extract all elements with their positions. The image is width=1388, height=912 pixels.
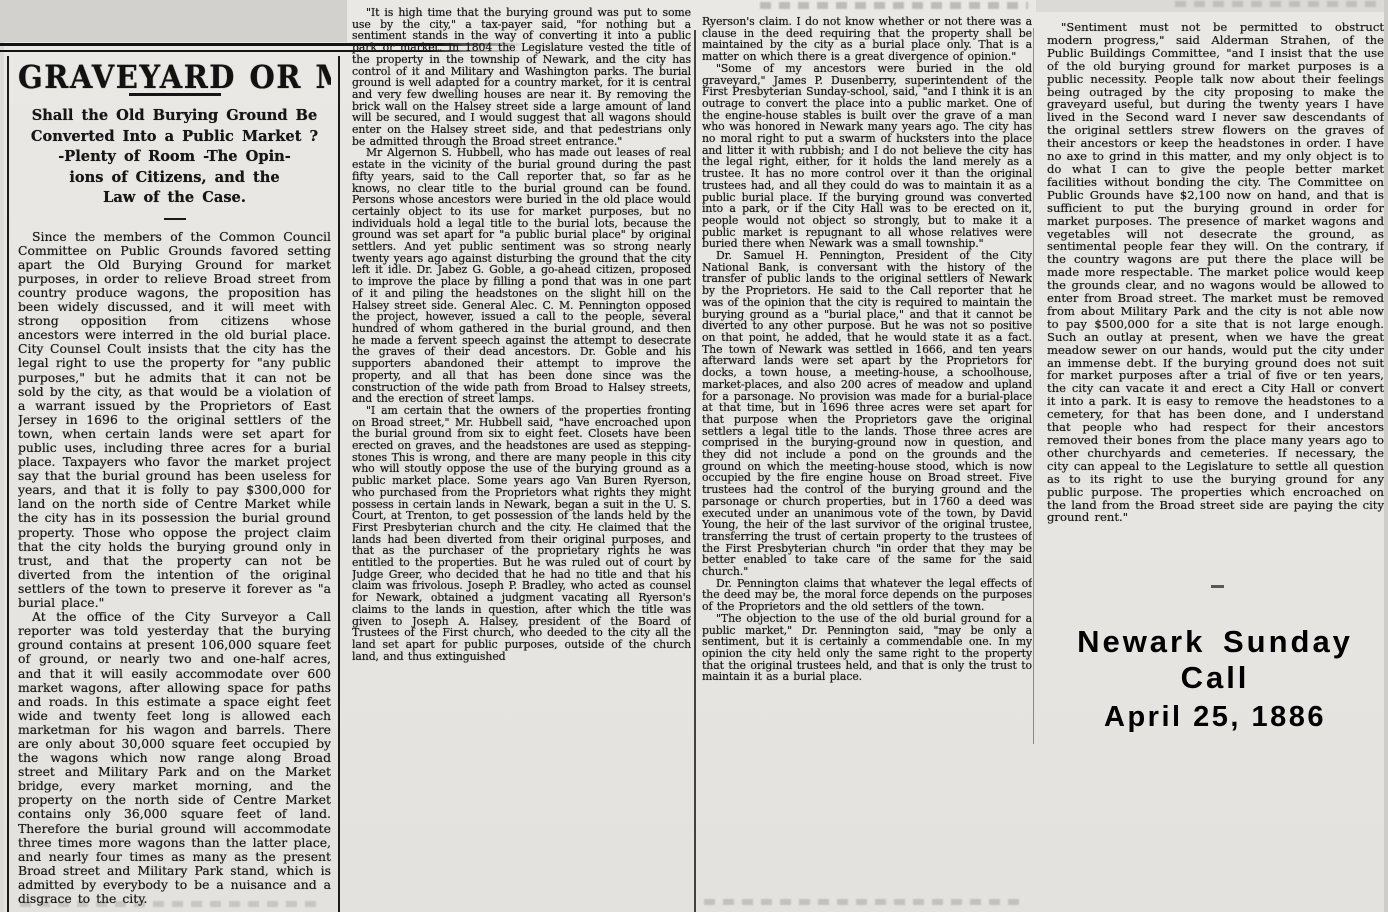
faded-print-artifact (1175, 1, 1380, 7)
caption-publication: Newark Sunday Call (1040, 624, 1388, 696)
column-1-text: Since the members of the Common Council … (18, 230, 331, 907)
article-paragraph: "The objection to the use of the old bur… (702, 613, 1032, 683)
subhead-line: Law of the Case. (18, 188, 331, 209)
scan-margin-artifact (0, 0, 347, 42)
column-rule-1-2 (338, 56, 340, 912)
article-paragraph: "Some of my ancestors were buried in the… (702, 63, 1032, 250)
column-4: "Sentiment must not be permitted to obst… (1047, 21, 1384, 601)
article-paragraph: At the office of the City Surveyor a Cal… (18, 610, 331, 906)
column-rule-left (7, 56, 9, 912)
scan-margin-artifact (0, 42, 4, 912)
subhead-line: Converted Into a Public Market ? (18, 127, 331, 148)
column-3: Ryerson's claim. I do not know whether o… (702, 16, 1032, 896)
faded-print-artifact (20, 901, 320, 907)
caption-date: April 25, 1886 (1040, 701, 1388, 734)
article-paragraph: Dr. Samuel H. Pennington, President of t… (702, 250, 1032, 578)
subhead-divider (164, 218, 186, 220)
scan-margin-artifact (1384, 0, 1388, 912)
subhead-line: -Plenty of Room -The Opin- (18, 147, 331, 168)
subhead-line: ions of Citizens, and the (18, 168, 331, 189)
column-2: "It is high time that the burying ground… (352, 7, 691, 910)
headline: GRAVEYARD OR MARKET ? (18, 69, 331, 84)
column-rule-2-3 (694, 30, 696, 912)
headline-block: GRAVEYARD OR MARKET ? Shall the Old Bury… (18, 56, 331, 220)
faded-print-artifact (760, 2, 1028, 9)
faded-print-artifact (704, 899, 1026, 905)
column-rule-3-4 (1033, 28, 1034, 744)
article-paragraph: Mr Algernon S. Hubbell, who has made out… (352, 147, 691, 404)
subhead-line: Shall the Old Burying Ground Be (18, 106, 331, 127)
article-paragraph: Ryerson's claim. I do not know whether o… (702, 16, 1032, 63)
article-paragraph: Dr. Pennington claims that whatever the … (702, 578, 1032, 613)
newspaper-scan: GRAVEYARD OR MARKET ? Shall the Old Bury… (0, 0, 1388, 912)
article-paragraph: "It is high time that the burying ground… (352, 7, 691, 147)
subhead: Shall the Old Burying Ground BeConverted… (18, 106, 331, 209)
article-paragraph: "I am certain that the owners of the pro… (352, 405, 691, 662)
source-caption: Newark Sunday Call April 25, 1886 (1040, 624, 1388, 734)
column-1: GRAVEYARD OR MARKET ? Shall the Old Bury… (18, 56, 331, 912)
article-paragraph: Since the members of the Common Council … (18, 230, 331, 611)
article-end-dash (1211, 585, 1224, 588)
article-paragraph: "Sentiment must not be permitted to obst… (1047, 21, 1384, 524)
